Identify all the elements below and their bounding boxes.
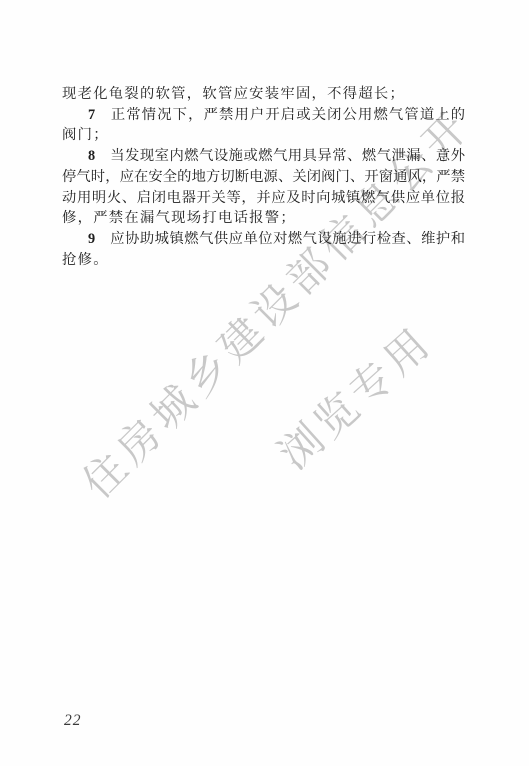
line-text: 停气时，应在安全的地方切断电源、关闭阀门、开窗通风，严禁 [62, 169, 465, 185]
line-text: 动用明火、启闭电器开关等，并应及时向城镇燃气供应单位报 [62, 190, 465, 206]
line-text: 抢修。 [62, 252, 109, 268]
text-line: 现老化龟裂的软管，软管应安装牢固，不得超长； [62, 84, 465, 105]
line-text: 现老化龟裂的软管，软管应安装牢固，不得超长； [62, 86, 405, 102]
text-line: 7 正常情况下，严禁用户开启或关闭公用燃气管道上的 [62, 105, 465, 126]
watermark-secondary: 浏览专用 [264, 311, 444, 481]
text-line: 8 当发现室内燃气设施或燃气用具异常、燃气泄漏、意外 [62, 146, 465, 167]
item-number: 7 [88, 107, 95, 123]
text-line: 修，严禁在漏气现场打电话报警； [62, 208, 465, 229]
item-number: 8 [88, 148, 95, 164]
document-page: 住房城乡建设部信息公开 浏览专用 现老化龟裂的软管，软管应安装牢固，不得超长； … [0, 0, 529, 766]
text-line: 抢修。 [62, 250, 465, 271]
text-line: 阀门； [62, 125, 465, 146]
line-text: 修，严禁在漏气现场打电话报警； [62, 210, 296, 226]
text-line: 动用明火、启闭电器开关等，并应及时向城镇燃气供应单位报 [62, 188, 465, 209]
line-text: 当发现室内燃气设施或燃气用具异常、燃气泄漏、意外 [110, 148, 465, 164]
body-text: 现老化龟裂的软管，软管应安装牢固，不得超长； 7 正常情况下，严禁用户开启或关闭… [62, 84, 465, 270]
line-text: 阀门； [62, 127, 109, 143]
line-text: 正常情况下，严禁用户开启或关闭公用燃气管道上的 [111, 107, 465, 123]
item-number: 9 [88, 231, 95, 247]
page-number: 22 [64, 712, 82, 730]
line-text: 应协助城镇燃气供应单位对燃气设施进行检查、维护和 [110, 231, 465, 247]
text-line: 9 应协助城镇燃气供应单位对燃气设施进行检查、维护和 [62, 229, 465, 250]
text-line: 停气时，应在安全的地方切断电源、关闭阀门、开窗通风，严禁 [62, 167, 465, 188]
